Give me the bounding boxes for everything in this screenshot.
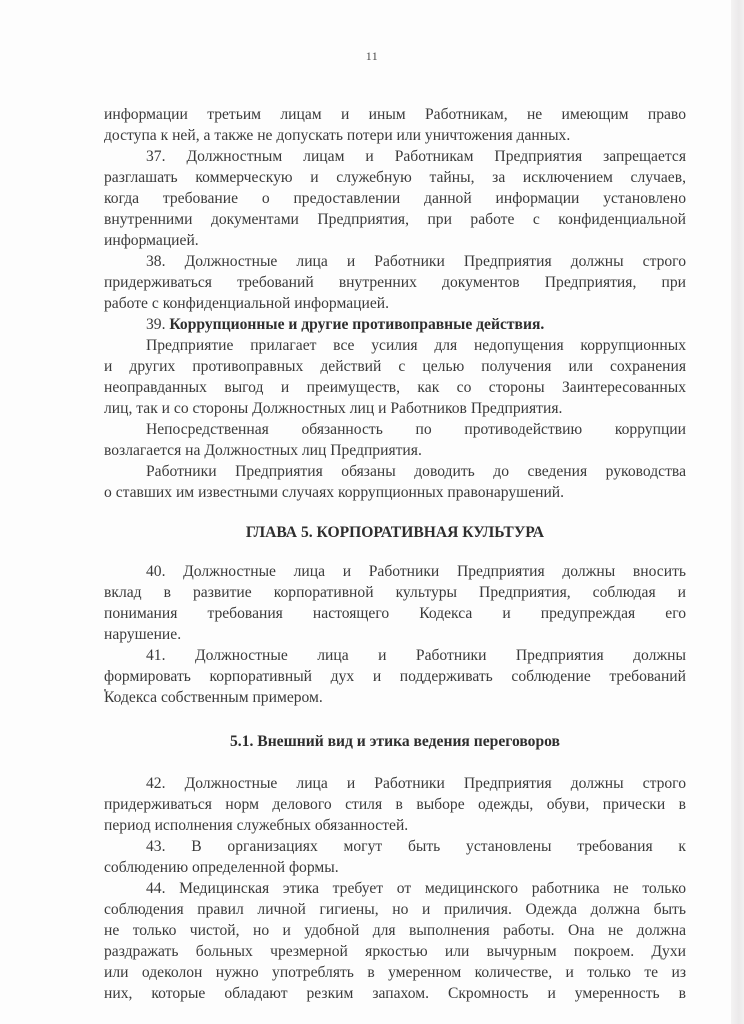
text-line: 43. В организациях могут быть установлен… xyxy=(104,836,686,857)
text-line: работе с конфиденциальной информацией. xyxy=(104,293,686,314)
text-line: Работники Предприятия обязаны доводить д… xyxy=(104,461,686,482)
text-line: 44. Медицинская этика требует от медицин… xyxy=(104,878,686,899)
text-line: понимания требования настоящего Кодекса … xyxy=(104,603,686,624)
text-line: соблюдения правил личной гигиены, но и п… xyxy=(104,899,686,920)
section-confidentiality-and-corruption: информации третьим лицам и иным Работник… xyxy=(104,104,686,503)
text-line: Кодекса собственным примером. xyxy=(104,687,686,708)
scan-speck xyxy=(104,689,106,691)
text-line: Предприятие прилагает все усилия для нед… xyxy=(104,335,686,356)
text-line: нарушение. xyxy=(104,624,686,645)
item-number: 39. xyxy=(146,316,166,333)
text-line: и других противоправных действий с целью… xyxy=(104,356,686,377)
text-line: них, которые обладают резким запахом. Ск… xyxy=(104,983,686,1004)
text-line: неоправданных выгод и преимуществ, как с… xyxy=(104,377,686,398)
text-line: 38. Должностные лица и Работники Предпри… xyxy=(104,251,686,272)
text-line: разглашать коммерческую и служебную тайн… xyxy=(104,167,686,188)
text-line: лиц, так и со стороны Должностных лиц и … xyxy=(104,398,686,419)
text-line: раздражать больных чрезмерной яркостью и… xyxy=(104,941,686,962)
text-line: возлагается на Должностных лиц Предприят… xyxy=(104,440,686,461)
item-title: Коррупционные и другие противоправные де… xyxy=(169,316,544,333)
section-heading: 5.1. Внешний вид и этика ведения перегов… xyxy=(104,731,686,752)
text-line: Непосредственная обязанность по противод… xyxy=(104,419,686,440)
text-line: придерживаться требований внутренних док… xyxy=(104,272,686,293)
chapter-heading: ГЛАВА 5. КОРПОРАТИВНАЯ КУЛЬТУРА xyxy=(104,522,686,543)
text-line: доступа к ней, а также не допускать поте… xyxy=(104,125,686,146)
text-line: 37. Должностным лицам и Работникам Предп… xyxy=(104,146,686,167)
scan-edge-shadow xyxy=(731,0,744,1024)
text-line: когда требование о предоставлении данной… xyxy=(104,188,686,209)
section-appearance-ethics: 42. Должностные лица и Работники Предпри… xyxy=(104,773,686,1004)
text-line: 42. Должностные лица и Работники Предпри… xyxy=(104,773,686,794)
page-body: информации третьим лицам и иным Работник… xyxy=(104,104,686,1004)
text-line: формировать корпоративный дух и поддержи… xyxy=(104,666,686,687)
text-line: придерживаться норм делового стиля в выб… xyxy=(104,794,686,815)
text-line: 41. Должностные лица и Работники Предпри… xyxy=(104,645,686,666)
text-line: информацией. xyxy=(104,230,686,251)
text-line: соблюдению определенной формы. xyxy=(104,857,686,878)
item-heading: 39. Коррупционные и другие противоправны… xyxy=(104,314,686,335)
text-line: вклад в развитие корпоративной культуры … xyxy=(104,582,686,603)
text-line: о ставших им известными случаях коррупци… xyxy=(104,482,686,503)
page-number: 11 xyxy=(0,49,744,64)
text-line: не только чистой, но и удобной для выпол… xyxy=(104,920,686,941)
section-corporate-culture: 40. Должностные лица и Работники Предпри… xyxy=(104,561,686,708)
text-line: 40. Должностные лица и Работники Предпри… xyxy=(104,561,686,582)
text-line: период исполнения служебных обязанностей… xyxy=(104,815,686,836)
text-line: внутренними документами Предприятия, при… xyxy=(104,209,686,230)
text-line: или одеколон нужно употреблять в умеренн… xyxy=(104,962,686,983)
text-line: информации третьим лицам и иным Работник… xyxy=(104,104,686,125)
